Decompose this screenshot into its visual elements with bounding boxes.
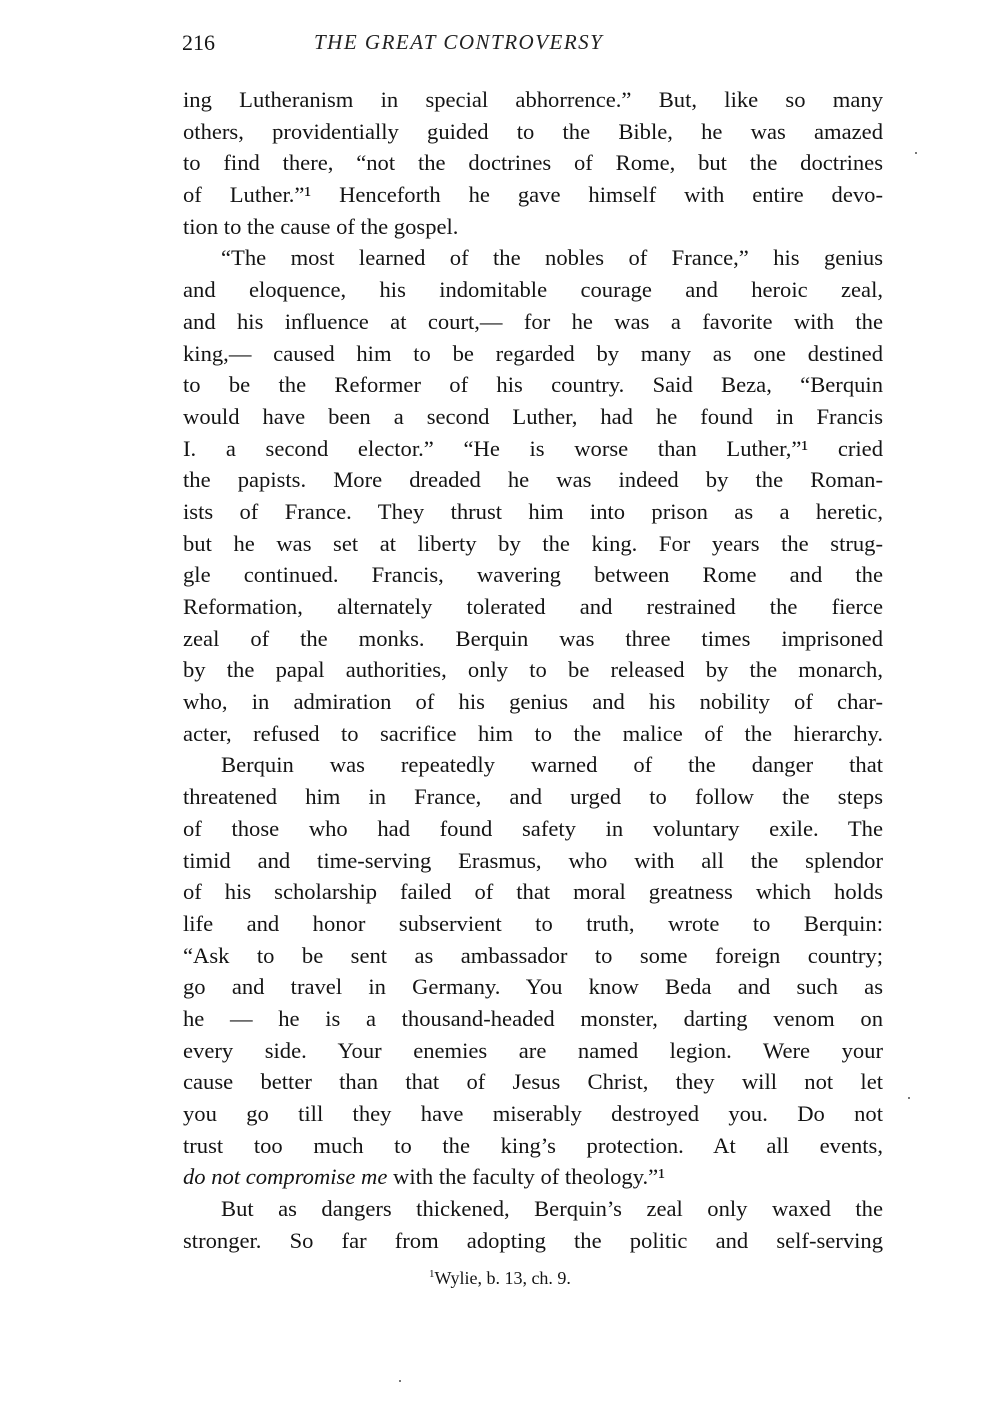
- text-line: zeal of the monks. Berquin was three tim…: [183, 623, 883, 655]
- scan-speck: [399, 1380, 401, 1382]
- text-line: timid and time-serving Erasmus, who with…: [183, 845, 883, 877]
- text-line: of his scholarship failed of that moral …: [183, 876, 883, 908]
- text-line: trust too much to the king’s protection.…: [183, 1130, 883, 1162]
- text-line: you go till they have miserably destroye…: [183, 1098, 883, 1130]
- text-line: of those who had found safety in volunta…: [183, 813, 883, 845]
- text-line: ists of France. They thrust him into pri…: [183, 496, 883, 528]
- page-body: ing Lutheranism in special abhorrence.” …: [183, 84, 883, 1256]
- footnote-text: Wylie, b. 13, ch. 9.: [435, 1268, 571, 1288]
- text-line: and his influence at court,— for he was …: [183, 306, 883, 338]
- text-line: he — he is a thousand-headed monster, da…: [183, 1003, 883, 1035]
- text-line: but he was set at liberty by the king. F…: [183, 528, 883, 560]
- text-line-italic-lead: do not compromise me with the faculty of…: [183, 1161, 883, 1193]
- text-line: by the papal authorities, only to be rel…: [183, 654, 883, 686]
- text-line: to be the Reformer of his country. Said …: [183, 369, 883, 401]
- text-line: every side. Your enemies are named legio…: [183, 1035, 883, 1067]
- text-fragment: with the faculty of theology.”¹: [393, 1164, 665, 1189]
- text-line: would have been a second Luther, had he …: [183, 401, 883, 433]
- text-line: to find there, “not the doctrines of Rom…: [183, 147, 883, 179]
- text-line: and eloquence, his indomitable courage a…: [183, 274, 883, 306]
- page-header: 216 THE GREAT CONTROVERSY: [182, 30, 882, 62]
- text-line: who, in admiration of his genius and his…: [183, 686, 883, 718]
- text-line: others, providentially guided to the Bib…: [183, 116, 883, 148]
- scan-speck: [908, 1097, 910, 1099]
- running-title: THE GREAT CONTROVERSY: [314, 30, 603, 55]
- paragraph-start-line: Berquin was repeatedly warned of the dan…: [183, 749, 883, 781]
- text-line: king,— caused him to be regarded by many…: [183, 338, 883, 370]
- text-line: go and travel in Germany. You know Beda …: [183, 971, 883, 1003]
- paragraph-start-line: “The most learned of the nobles of Franc…: [183, 242, 883, 274]
- italic-phrase: do not compromise me: [183, 1164, 387, 1189]
- text-line: ing Lutheranism in special abhorrence.” …: [183, 84, 883, 116]
- text-line: “Ask to be sent as ambassador to some fo…: [183, 940, 883, 972]
- text-line: I. a second elector.” “He is worse than …: [183, 433, 883, 465]
- text-line: acter, refused to sacrifice him to the m…: [183, 718, 883, 750]
- text-line: the papists. More dreaded he was indeed …: [183, 464, 883, 496]
- text-line: tion to the cause of the gospel.: [183, 211, 883, 243]
- text-line: stronger. So far from adopting the polit…: [183, 1225, 883, 1257]
- text-line: threatened him in France, and urged to f…: [183, 781, 883, 813]
- text-line: Reformation, alternately tolerated and r…: [183, 591, 883, 623]
- text-line: life and honor subservient to truth, wro…: [183, 908, 883, 940]
- scan-speck: [915, 152, 917, 154]
- text-line: of Luther.”¹ Henceforth he gave himself …: [183, 179, 883, 211]
- text-line: cause better than that of Jesus Christ, …: [183, 1066, 883, 1098]
- footnote: 1Wylie, b. 13, ch. 9.: [0, 1268, 1000, 1289]
- page-number: 216: [182, 30, 215, 56]
- text-line: gle continued. Francis, wavering between…: [183, 559, 883, 591]
- paragraph-start-line: But as dangers thickened, Berquin’s zeal…: [183, 1193, 883, 1225]
